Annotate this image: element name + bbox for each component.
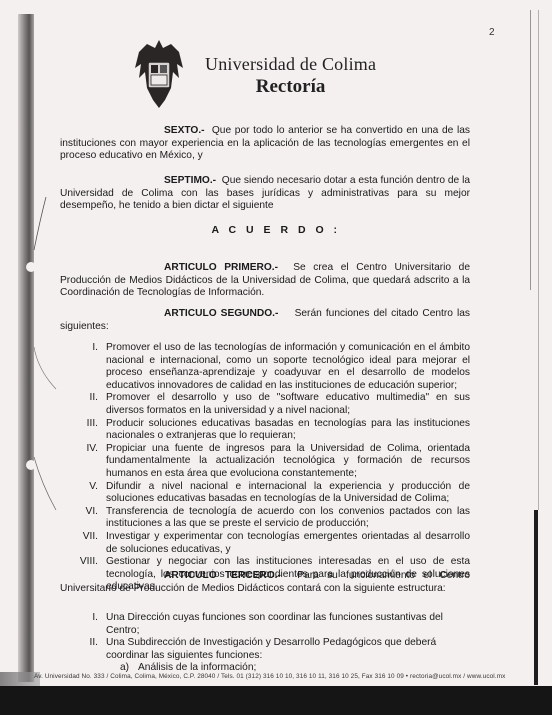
university-crest-eagle-icon (133, 38, 185, 110)
institution-name: Universidad de Colima (205, 54, 376, 75)
articulo-primero: ARTICULO PRIMERO.- Se crea el Centro Uni… (60, 262, 470, 300)
list-item: II.Una Subdirección de Investigación y D… (60, 637, 470, 662)
letterhead: Universidad de Colima Rectoría (133, 38, 376, 110)
list-item: II.Promover el desarrollo y uso de "soft… (60, 392, 470, 417)
punch-hole (26, 262, 36, 272)
list-item: III.Producir soluciones educativas basad… (60, 418, 470, 443)
list-item: VI.Transferencia de tecnología de acuerd… (60, 506, 470, 531)
articulo-label: ARTICULO TERCERO.- (164, 570, 281, 581)
articulo-segundo: ARTICULO SEGUNDO.- Serán funciones del c… (60, 308, 470, 333)
scan-edge-line (538, 10, 539, 510)
letterhead-footer: Av. Universidad No. 333 / Colima, Colima… (34, 673, 505, 680)
scan-edge-line (530, 10, 531, 290)
considerando-text: Que siendo necesario dotar a esta funció… (60, 175, 470, 211)
articulo-tercero: ARTICULO TERCERO.- Para su funcionamient… (60, 570, 470, 595)
funciones-list: I.Promover el uso de las tecnologías de … (60, 342, 470, 594)
list-item: I.Promover el uso de las tecnologías de … (60, 342, 470, 392)
list-item: IV.Propiciar una fuente de ingresos para… (60, 443, 470, 481)
considerando-septimo: SEPTIMO.- Que siendo necesario dotar a e… (60, 175, 470, 213)
page-number: 2 (489, 27, 495, 38)
office-name: Rectoría (205, 76, 376, 98)
scan-edge-bar (534, 510, 538, 685)
list-item: V.Difundir a nivel nacional e internacio… (60, 481, 470, 506)
list-item: I.Una Dirección cuyas funciones son coor… (60, 612, 470, 637)
considerando-label: SEXTO.- (164, 125, 205, 136)
list-item: VII.Investigar y experimentar con tecnol… (60, 531, 470, 556)
scanned-page: 2 Universidad de Colima Rectoría SEXTO.-… (0, 0, 552, 715)
articulo-label: ARTICULO PRIMERO.- (164, 262, 278, 273)
estructura-list: I.Una Dirección cuyas funciones son coor… (60, 612, 470, 675)
acuerdo-heading: A C U E R D O : (0, 224, 552, 236)
considerando-sexto: SEXTO.- Que por todo lo anterior se ha c… (60, 125, 470, 163)
articulo-label: ARTICULO SEGUNDO.- (164, 308, 278, 319)
considerando-label: SEPTIMO.- (164, 175, 216, 186)
scan-bottom-edge (0, 686, 552, 715)
pen-mark (30, 345, 60, 395)
considerando-text: Que por todo lo anterior se ha convertid… (60, 125, 470, 161)
pen-mark (30, 455, 60, 515)
